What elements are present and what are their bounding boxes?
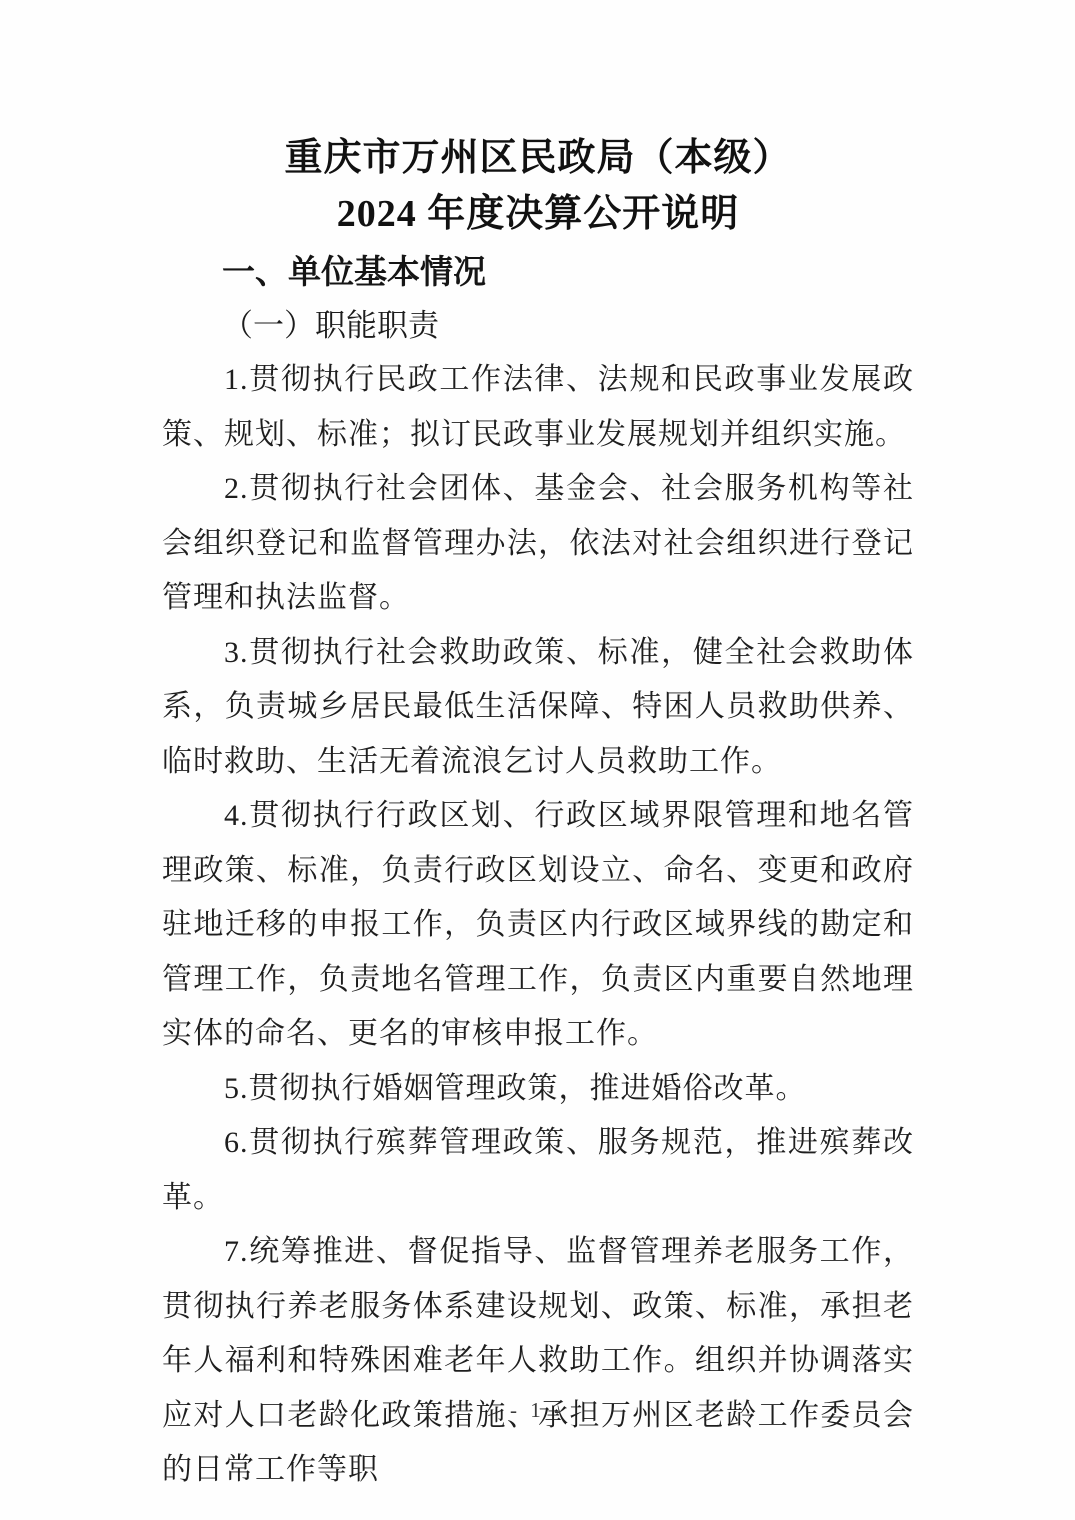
paragraph-3: 3.贯彻执行社会救助政策、标准，健全社会救助体系，负责城乡居民最低生活保障、特困…	[162, 626, 914, 790]
document-body: 重庆市万州区民政局（本级） 2024 年度决算公开说明 一、单位基本情况 （一）…	[162, 130, 914, 1498]
paragraph-4: 4.贯彻执行行政区划、行政区域界限管理和地名管理政策、标准，负责行政区划设立、命…	[162, 789, 914, 1062]
paragraph-5: 5.贯彻执行婚姻管理政策，推进婚俗改革。	[162, 1062, 914, 1117]
document-title-line1: 重庆市万州区民政局（本级）	[162, 130, 914, 186]
paragraph-6: 6.贯彻执行殡葬管理政策、服务规范，推进殡葬改革。	[162, 1116, 914, 1225]
paragraph-2: 2.贯彻执行社会团体、基金会、社会服务机构等社会组织登记和监督管理办法，依法对社…	[162, 462, 914, 626]
paragraph-7: 7.统筹推进、督促指导、监督管理养老服务工作，贯彻执行养老服务体系建设规划、政策…	[162, 1225, 914, 1498]
page-number: - 1 -	[0, 1398, 1075, 1423]
paragraph-1: 1.贯彻执行民政工作法律、法规和民政事业发展政策、规划、标准；拟订民政事业发展规…	[162, 353, 914, 462]
section-heading-basic-info: 一、单位基本情况	[162, 245, 914, 299]
document-title-line2: 2024 年度决算公开说明	[162, 186, 914, 242]
document-page: 重庆市万州区民政局（本级） 2024 年度决算公开说明 一、单位基本情况 （一）…	[0, 0, 1075, 1520]
subsection-heading-duties: （一）职能职责	[162, 299, 914, 353]
